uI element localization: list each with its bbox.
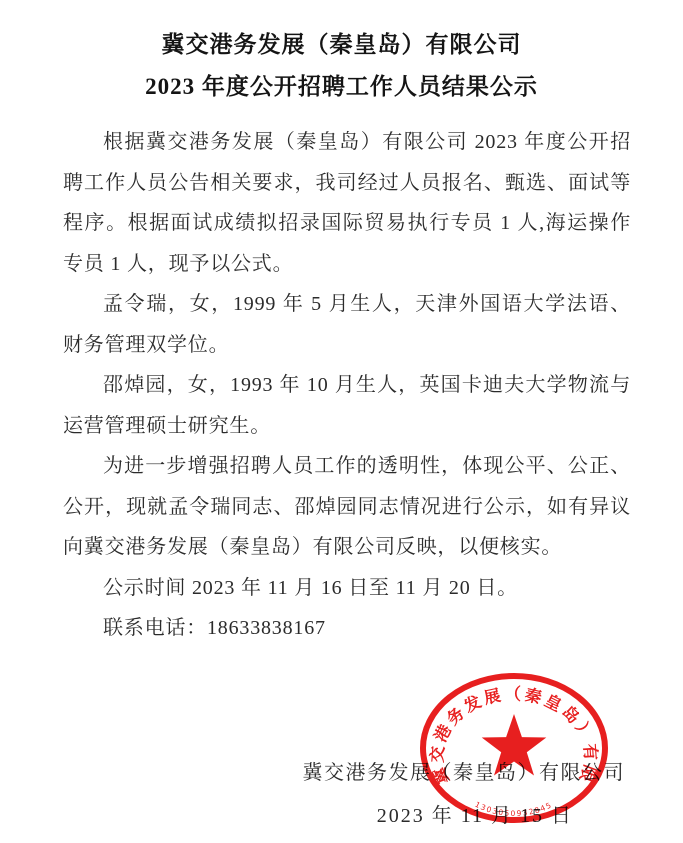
title-line-1: 冀交港务发展（秦皇岛）有限公司 xyxy=(0,24,683,66)
paragraph-contact-phone: 联系电话：18633838167 xyxy=(63,608,631,649)
paragraph-intro: 根据冀交港务发展（秦皇岛）有限公司 2023 年度公开招聘工作人员公告相关要求，… xyxy=(63,122,631,284)
document-title: 冀交港务发展（秦皇岛）有限公司 2023 年度公开招聘工作人员结果公示 xyxy=(0,0,683,108)
paragraph-candidate-1: 孟令瑞，女，1999 年 5 月生人，天津外国语大学法语、财务管理双学位。 xyxy=(63,284,631,365)
title-line-2: 2023 年度公开招聘工作人员结果公示 xyxy=(0,66,683,108)
paragraph-publicity-period: 公示时间 2023 年 11 月 16 日至 11 月 20 日。 xyxy=(63,568,631,609)
document-body: 根据冀交港务发展（秦皇岛）有限公司 2023 年度公开招聘工作人员公告相关要求，… xyxy=(63,122,631,649)
paragraph-candidate-2: 邵焯园，女，1993 年 10 月生人，英国卡迪夫大学物流与运营管理硕士研究生。 xyxy=(63,365,631,446)
document-page: 冀交港务发展（秦皇岛）有限公司 2023 年度公开招聘工作人员结果公示 根据冀交… xyxy=(0,0,683,843)
signature-company-name: 冀交港务发展（秦皇岛）有限公司 xyxy=(303,756,626,785)
paragraph-publicity: 为进一步增强招聘人员工作的透明性，体现公平、公正、公开，现就孟令瑞同志、邵焯园同… xyxy=(63,446,631,568)
signature-date: 2023 年 11 月 15 日 xyxy=(377,799,573,828)
